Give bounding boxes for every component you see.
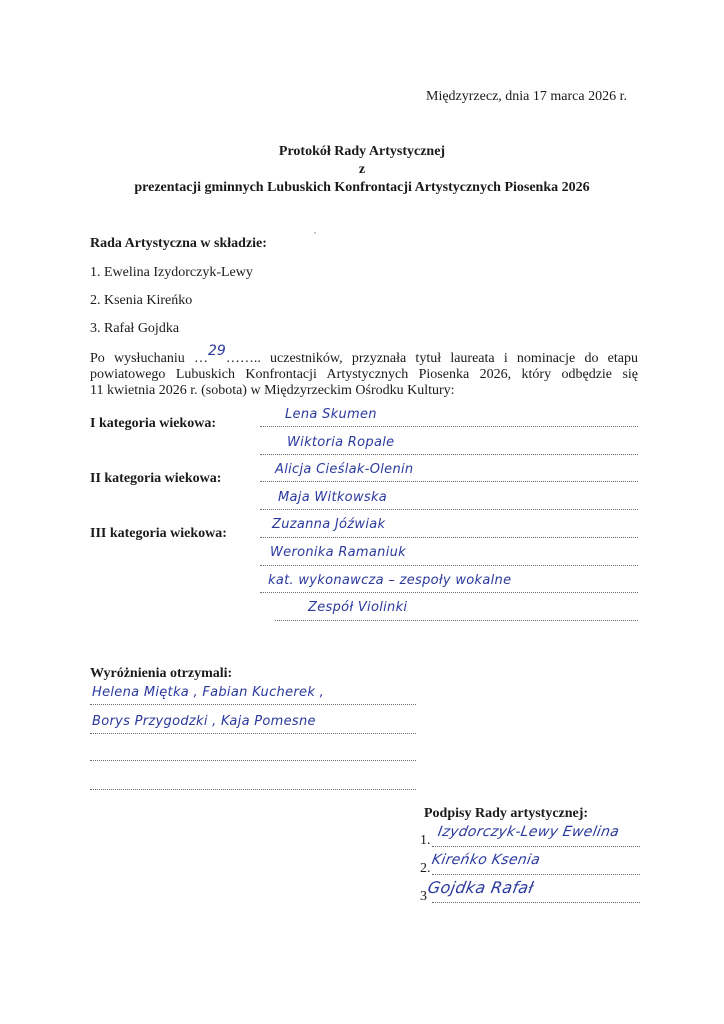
- category-3-entry-2: Weronika Ramaniuk: [270, 545, 406, 560]
- category-2-line-2: [260, 509, 638, 510]
- category-2-label: II kategoria wiekowa:: [90, 471, 221, 487]
- category-3-line-2: [260, 565, 638, 566]
- council-member-3: 3. Rafał Gojdka: [90, 321, 179, 337]
- distinctions-entry-1: Helena Miętka , Fabian Kucherek ,: [92, 685, 324, 700]
- distinctions-line-3: [90, 760, 416, 761]
- category-2-line-1: [260, 481, 638, 482]
- signature-1-line: [432, 846, 640, 847]
- paragraph-line-2: powiatowego Lubuskich Konfrontacji Artys…: [90, 367, 638, 383]
- signature-1-number: 1.: [420, 833, 431, 849]
- signature-3-line: [432, 902, 640, 903]
- category-3-line-3: [260, 592, 638, 593]
- distinctions-entry-2: Borys Przygodzki , Kaja Pomesne: [92, 714, 316, 729]
- participants-count: 29: [208, 343, 226, 359]
- category-1-line-1: [260, 426, 638, 427]
- title-line-3: prezentacji gminnych Lubuskich Konfronta…: [0, 180, 724, 196]
- category-3-line-4: [275, 620, 638, 621]
- scan-speck: [314, 232, 316, 234]
- category-3-entry-3: kat. wykonawcza – zespoły wokalne: [268, 573, 511, 588]
- category-3-entry-1: Zuzanna Jóźwiak: [272, 517, 385, 532]
- category-3-label: III kategoria wiekowa:: [90, 526, 227, 542]
- council-heading: Rada Artystyczna w składzie:: [90, 236, 267, 252]
- category-3-line-1: [260, 537, 638, 538]
- signatures-heading: Podpisy Rady artystycznej:: [424, 806, 588, 822]
- dots-before: …: [194, 351, 208, 366]
- distinctions-line-2: [90, 733, 416, 734]
- category-1-label: I kategoria wiekowa:: [90, 416, 216, 432]
- signature-3: Gojdka Rafał: [426, 878, 535, 897]
- paragraph-prefix: Po wysłuchaniu: [90, 351, 194, 366]
- signature-2-number: 2.: [420, 861, 431, 877]
- category-1-entry-2: Wiktoria Ropale: [287, 435, 394, 450]
- decision-paragraph: Po wysłuchaniu …29…….. uczestników, przy…: [90, 350, 638, 399]
- paragraph-line-1: Po wysłuchaniu …29…….. uczestników, przy…: [90, 350, 638, 367]
- signature-3-number: 3: [420, 889, 427, 905]
- category-3-entry-4: Zespół Violinki: [308, 600, 407, 615]
- paragraph-line-1-rest: uczestników, przyznała tytuł laureata i …: [270, 351, 638, 366]
- place-date: Międzyrzecz, dnia 17 marca 2026 r.: [426, 89, 627, 105]
- category-2-entry-1: Alicja Cieślak-Olenin: [275, 462, 413, 477]
- title-line-2: z: [0, 162, 724, 178]
- council-member-1: 1. Ewelina Izydorczyk-Lewy: [90, 265, 253, 281]
- dots-after: ……..: [226, 351, 270, 366]
- distinctions-heading: Wyróżnienia otrzymali:: [90, 666, 232, 682]
- signature-2: Kireńko Ksenia: [431, 852, 542, 868]
- paragraph-line-3: 11 kwietnia 2026 r. (sobota) w Międzyrze…: [90, 383, 638, 399]
- category-1-entry-1: Lena Skumen: [285, 407, 377, 422]
- council-member-2: 2. Ksenia Kireńko: [90, 293, 192, 309]
- category-1-line-2: [260, 454, 638, 455]
- distinctions-line-4: [90, 789, 416, 790]
- signature-2-line: [432, 874, 640, 875]
- category-2-entry-2: Maja Witkowska: [278, 490, 387, 505]
- distinctions-line-1: [90, 704, 416, 705]
- title-line-1: Protokół Rady Artystycznej: [0, 144, 724, 160]
- signature-1: Izydorczyk-Lewy Ewelina: [437, 824, 621, 840]
